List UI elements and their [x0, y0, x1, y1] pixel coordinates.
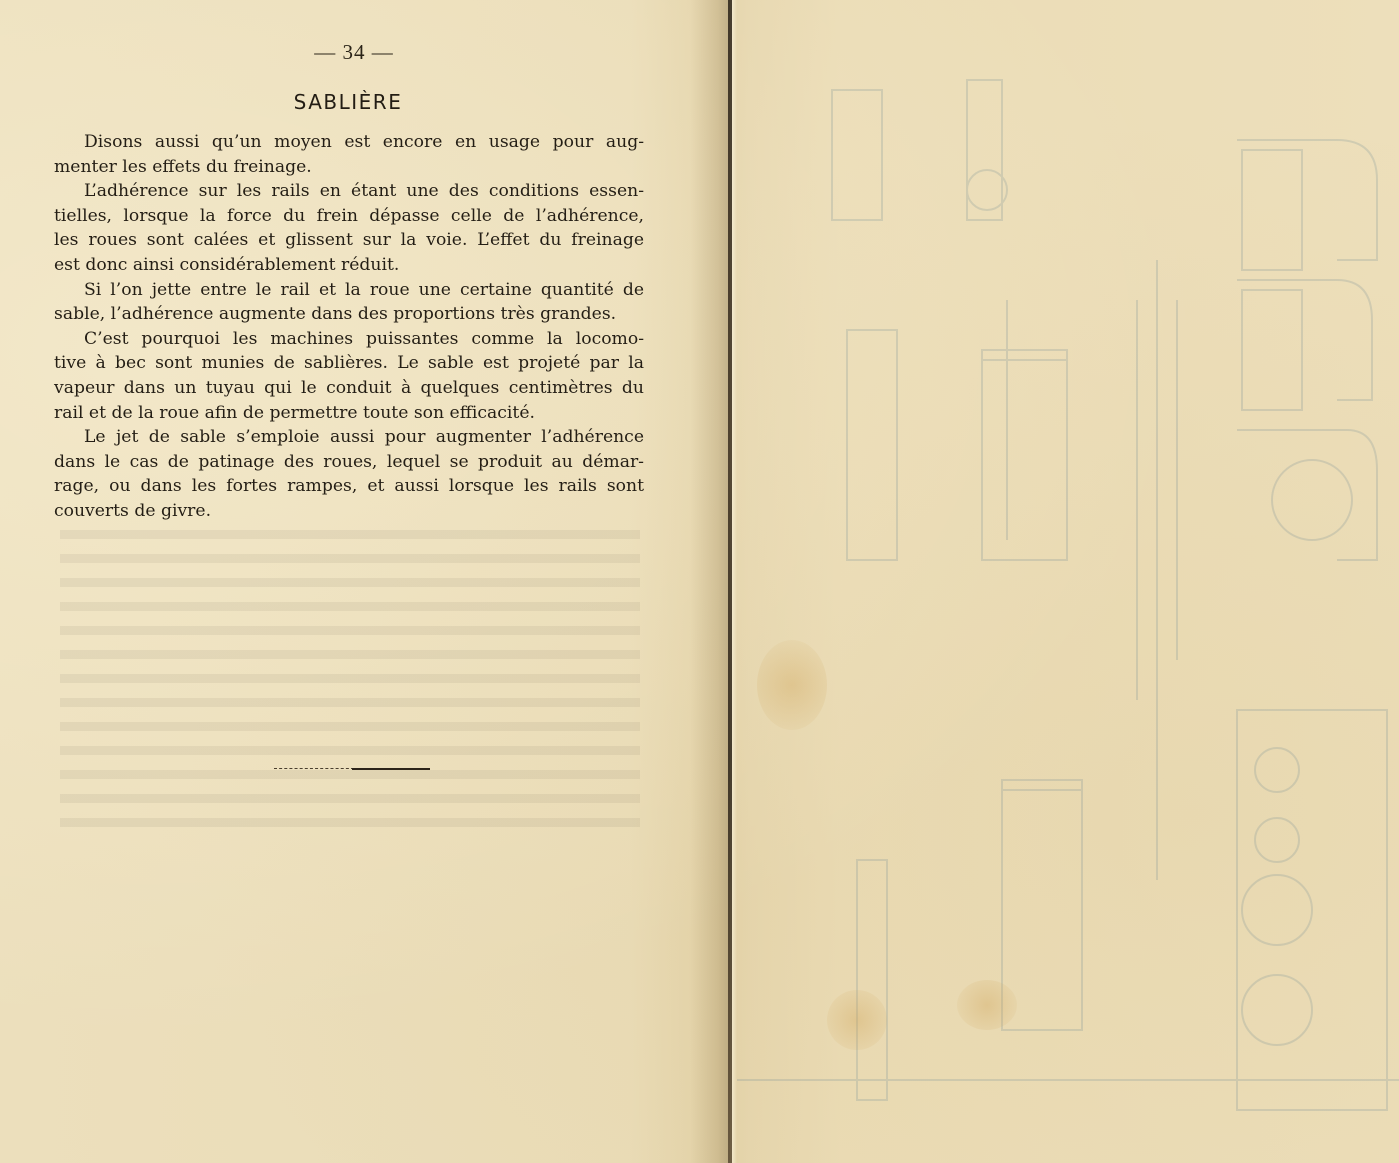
text-line: couverts de givre. [54, 499, 644, 524]
paper-stain [957, 980, 1017, 1030]
text-line: tielles, lorsque la force du frein dépas… [54, 204, 644, 229]
text-line: Disons aussi qu’un moyen est encore en u… [54, 130, 644, 155]
left-page: — 34 — SABLIÈRE Disons aussi qu’un moyen… [0, 0, 728, 1163]
text-line: rage, ou dans les fortes rampes, et auss… [54, 474, 644, 499]
text-line: menter les effets du freinage. [54, 155, 644, 180]
section-title: SABLIÈRE [0, 90, 696, 114]
text-line: Si l’on jette entre le rail et la roue u… [54, 278, 644, 303]
right-page [737, 0, 1399, 1163]
text-line: C’est pourquoi les machines puissantes c… [54, 327, 644, 352]
book-spread: — 34 — SABLIÈRE Disons aussi qu’un moyen… [0, 0, 1399, 1163]
page-number: — 34 — [0, 40, 708, 65]
text-line: rail et de la roue afin de permettre tou… [54, 401, 644, 426]
text-line: est donc ainsi considérablement réduit. [54, 253, 644, 278]
text-line: L’adhérence sur les rails en étant une d… [54, 179, 644, 204]
text-line: vapeur dans un tuyau qui le conduit à qu… [54, 376, 644, 401]
paper-stain [757, 640, 827, 730]
end-of-section-rule [274, 768, 430, 770]
gutter-shadow [690, 0, 730, 1163]
text-line: Le jet de sable s’emploie aussi pour aug… [54, 425, 644, 450]
text-line: sable, l’adhérence augmente dans des pro… [54, 302, 644, 327]
body-text: Disons aussi qu’un moyen est encore en u… [54, 130, 644, 524]
show-through-text [60, 530, 640, 830]
text-line: tive à bec sont munies de sablières. Le … [54, 351, 644, 376]
paper-stain [827, 990, 887, 1050]
text-line: dans le cas de patinage des roues, leque… [54, 450, 644, 475]
show-through-drawing [737, 0, 1399, 1163]
text-line: les roues sont calées et glissent sur la… [54, 228, 644, 253]
rule-solid-segment [352, 768, 430, 770]
rule-dotted-segment [274, 768, 354, 770]
